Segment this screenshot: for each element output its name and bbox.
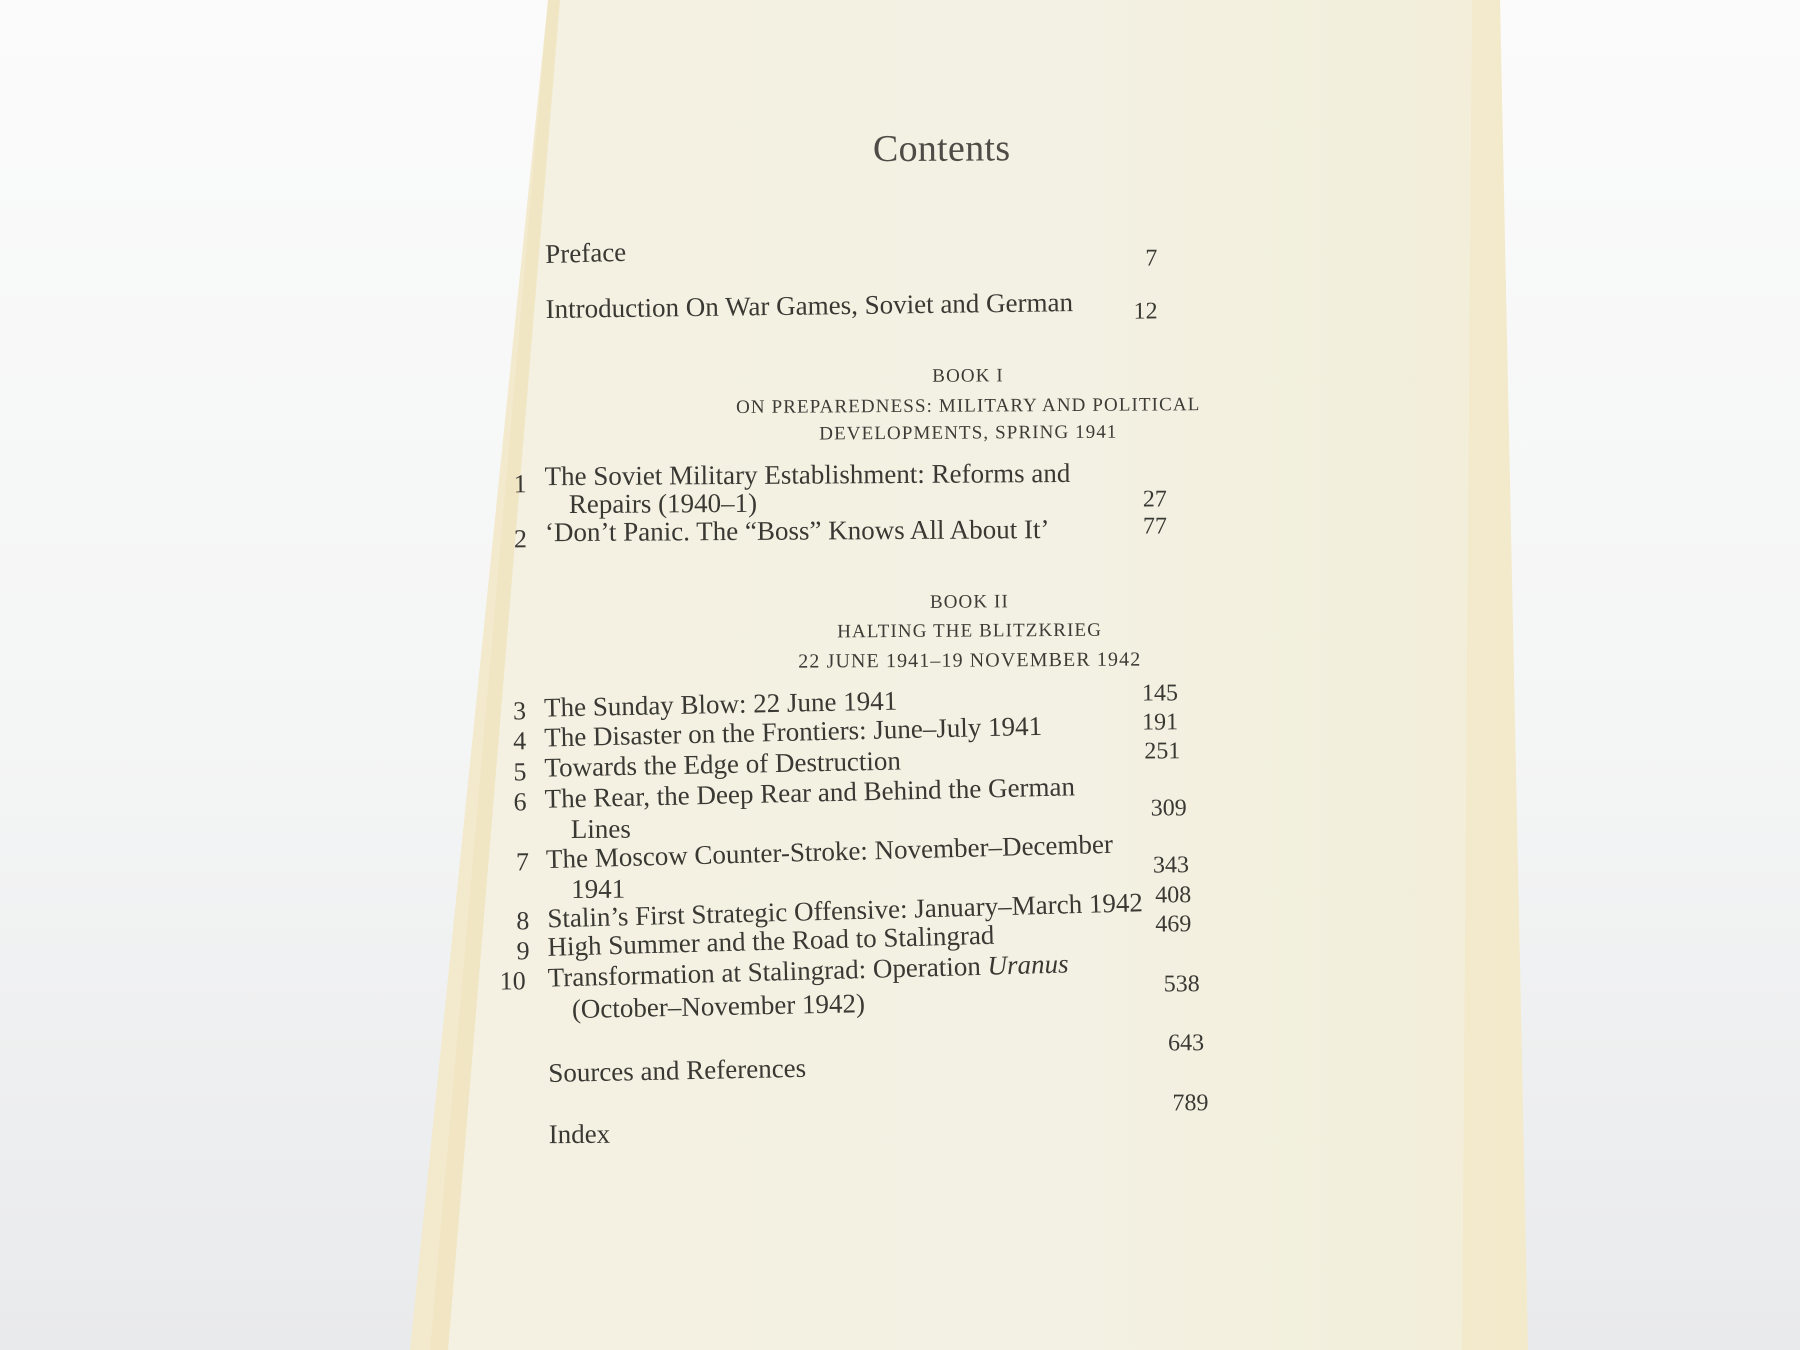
chapter-title: ‘Don’t Panic. The “Boss” Knows All About… xyxy=(545,514,1050,548)
chapter-page: 27 xyxy=(1087,486,1167,513)
chapter-number: 4 xyxy=(486,726,526,756)
chapter-page: 77 xyxy=(1087,513,1167,540)
toc-page-index: 789 xyxy=(1128,1090,1208,1117)
chapter-title: The Soviet Military Establishment: Refor… xyxy=(545,458,1071,492)
chapter-number: 3 xyxy=(486,696,526,726)
book-subtitle: HALTING THE BLITZKRIEG xyxy=(560,618,1380,645)
book-subtitle: DEVELOPMENTS, SPRING 1941 xyxy=(558,420,1378,447)
page-title: Contents xyxy=(0,121,1800,177)
book-subtitle: 22 JUNE 1941–19 NOVEMBER 1942 xyxy=(560,647,1380,675)
table-of-contents: Contents Preface 7 Introduction On War G… xyxy=(0,0,1800,1350)
book-heading: BOOK II xyxy=(559,589,1379,616)
chapter-title-continued: 1941 xyxy=(571,874,625,905)
chapter-page: 309 xyxy=(1107,795,1187,822)
chapter-number: 6 xyxy=(487,787,527,817)
chapter-number: 2 xyxy=(487,524,527,554)
chapter-title-continued: Lines xyxy=(571,814,631,845)
chapter-number: 9 xyxy=(489,936,529,966)
chapter-page: 469 xyxy=(1111,911,1191,938)
toc-page-sources: 643 xyxy=(1124,1030,1204,1057)
toc-entry-preface: Preface xyxy=(545,237,627,270)
chapter-page: 343 xyxy=(1109,852,1189,879)
toc-entry-index: Index xyxy=(549,1119,611,1150)
chapter-title-continued: (October–November 1942) xyxy=(572,988,866,1025)
book-heading: BOOK I xyxy=(558,363,1378,390)
chapter-page: 538 xyxy=(1120,971,1200,998)
chapter-number: 10 xyxy=(486,966,526,996)
toc-entry-sources: Sources and References xyxy=(548,1053,806,1089)
chapter-page: 251 xyxy=(1100,738,1180,765)
chapter-number: 1 xyxy=(487,469,527,499)
chapter-page: 145 xyxy=(1098,680,1178,707)
chapter-number: 7 xyxy=(489,847,529,877)
toc-page-introduction: 12 xyxy=(1078,298,1158,325)
toc-page-preface: 7 xyxy=(1077,245,1157,272)
chapter-page: 408 xyxy=(1111,882,1191,909)
chapter-page: 191 xyxy=(1098,709,1178,736)
toc-entry-introduction: Introduction On War Games, Soviet and Ge… xyxy=(545,287,1073,325)
chapter-title-italic: Uranus xyxy=(987,949,1069,981)
chapter-number: 8 xyxy=(489,906,529,936)
book-subtitle: ON PREPAREDNESS: MILITARY AND POLITICAL xyxy=(558,393,1378,420)
chapter-number: 5 xyxy=(486,757,526,787)
